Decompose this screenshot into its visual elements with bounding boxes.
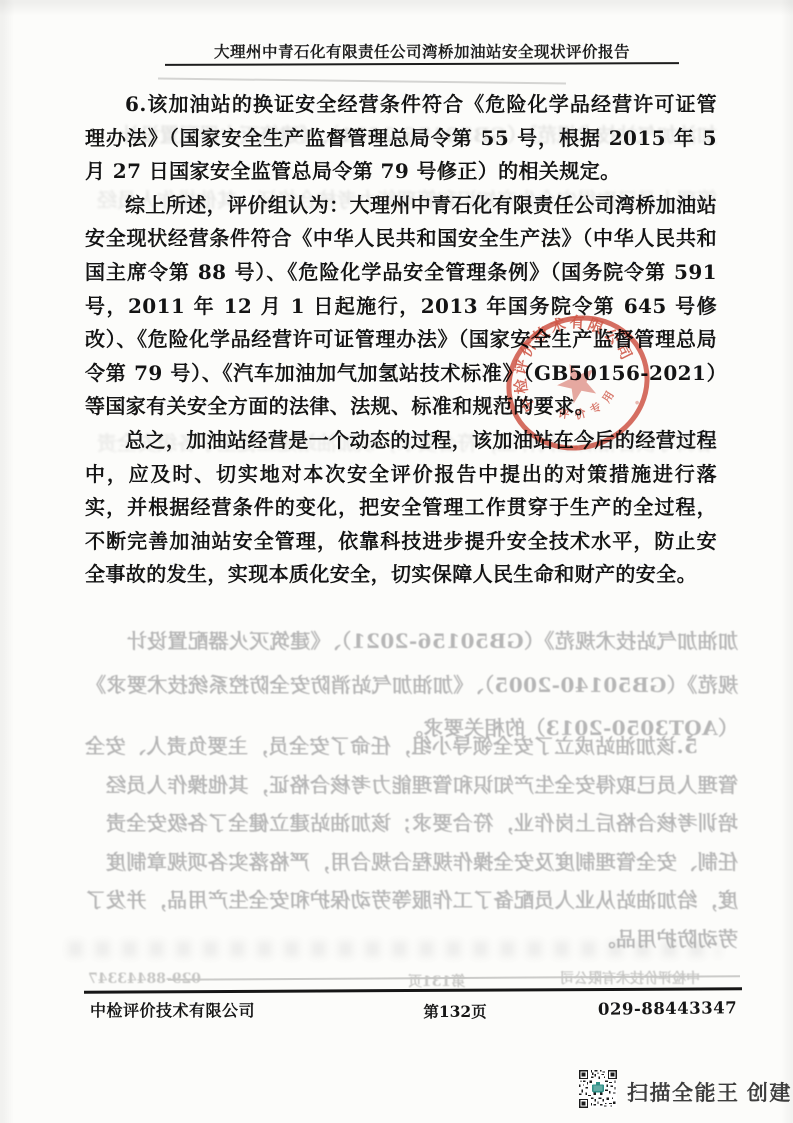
camscanner-watermark-label: 扫描全能王 创建: [627, 1077, 792, 1107]
bleed-line: 度，给加油站从业人员配备了工作服等劳动保护和安全生产用品，并发了: [60, 881, 738, 920]
red-seal-stamp-icon: 中检评价技术有限公司 评价专用章: [498, 305, 658, 465]
footer-rule: [84, 987, 742, 993]
bleed-line: 5.该加油站成立了安全领导小组，任命了安全员，主要负责人、安全: [60, 727, 738, 766]
scan-smudge-band: [68, 941, 720, 957]
bleed-through-block-2: 5.该加油站成立了安全领导小组，任命了安全员，主要负责人、安全 管理人员已取得安…: [60, 727, 738, 959]
bleed-line: 培训考核合格后上岗作业，符合要求；该加油站建立健全了各级安全责: [60, 804, 738, 843]
bleed-line: 规范》（GB50140-2005）、《加油加气站消防安全防控系统技术要求》: [60, 664, 738, 708]
footer-phone-number: 029-88443347: [598, 998, 737, 1018]
page-header-title: 大理州中青石化有限责任公司湾桥加油站安全现状评价报告: [165, 40, 679, 62]
camscanner-qr-icon: [579, 1070, 617, 1108]
scanned-report-page: 大理州中青石化有限责任公司湾桥加油站安全现状评价报告 加油加气站技术规范》（GB…: [0, 0, 793, 1123]
bleed-line: 任制、安全管理制度及安全操作规程合规合用，严格落实各项规章制度: [60, 843, 738, 882]
bleed-footer-company: 中检评价技术有限公司: [560, 968, 700, 988]
stamp-star-icon: [551, 356, 603, 407]
bleed-line: 管理人员已取得安全生产知识和管理能力考核合格证，其他操作人员经: [60, 766, 738, 805]
footer-page-number: 第132页: [390, 1000, 520, 1022]
bleed-line: 加油加气站技术规范》（GB50156-2021）、《建筑灭火器配置设计: [60, 620, 738, 664]
header-rule: [165, 62, 679, 66]
header-rule-bleed-echo: [158, 78, 566, 85]
bleed-footer-phone: 029-88443347: [88, 971, 201, 987]
footer-company-name: 中检评价技术有限公司: [90, 998, 255, 1021]
paragraph-1: 6.该加油站的换证安全经营条件符合《危险化学品经营许可证管理办法》（国家安全生产…: [85, 88, 717, 189]
